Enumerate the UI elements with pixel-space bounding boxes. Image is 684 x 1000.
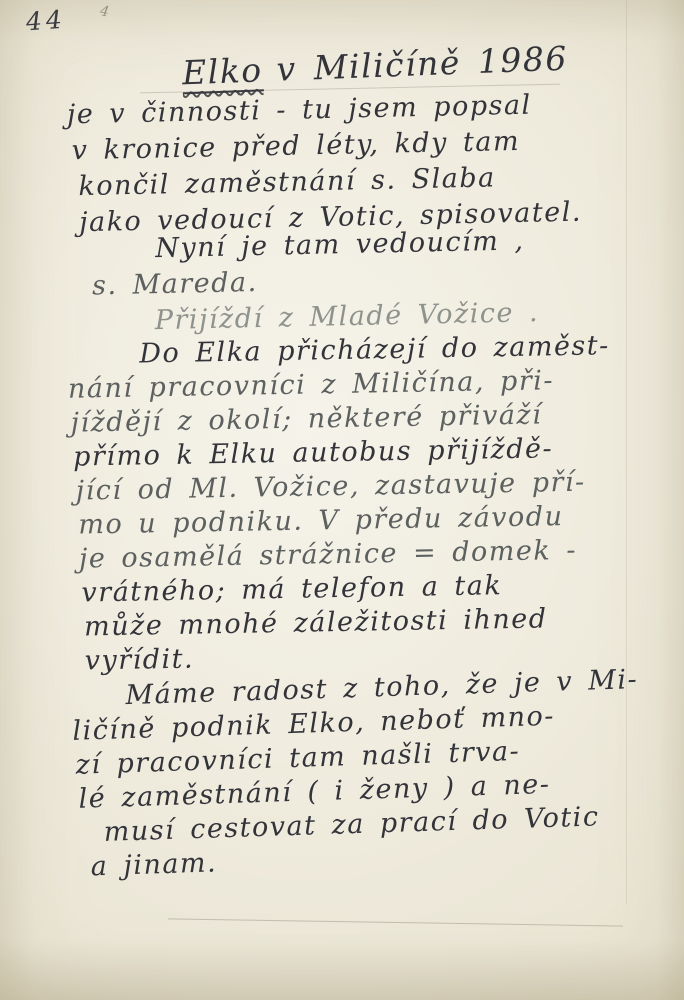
page-title: Elkov Miličíně 1986: [181, 39, 568, 93]
page-number: 44: [25, 5, 67, 37]
paragraph-2: Nyní je tam vedoucím , s. Mareda. Přijíž…: [69, 223, 540, 341]
paragraph-3: Do Elka přicházejí do zaměst- nání praco…: [63, 329, 615, 678]
title-rest: v Miličíně 1986: [276, 39, 569, 89]
title-word-underlined: Elko: [181, 50, 263, 94]
pencil-corner-mark: 4: [99, 3, 112, 21]
paper-crease-horizontal: [168, 918, 623, 926]
paragraph-1: je v činnosti - tu jsem popsal v kronice…: [67, 87, 583, 242]
scanned-manuscript-page: 44 4 Elkov Miličíně 1986 je v činnosti -…: [0, 0, 684, 1000]
paragraph-4: Máme radost z toho, že je v Mi- ličíně p…: [67, 663, 644, 885]
